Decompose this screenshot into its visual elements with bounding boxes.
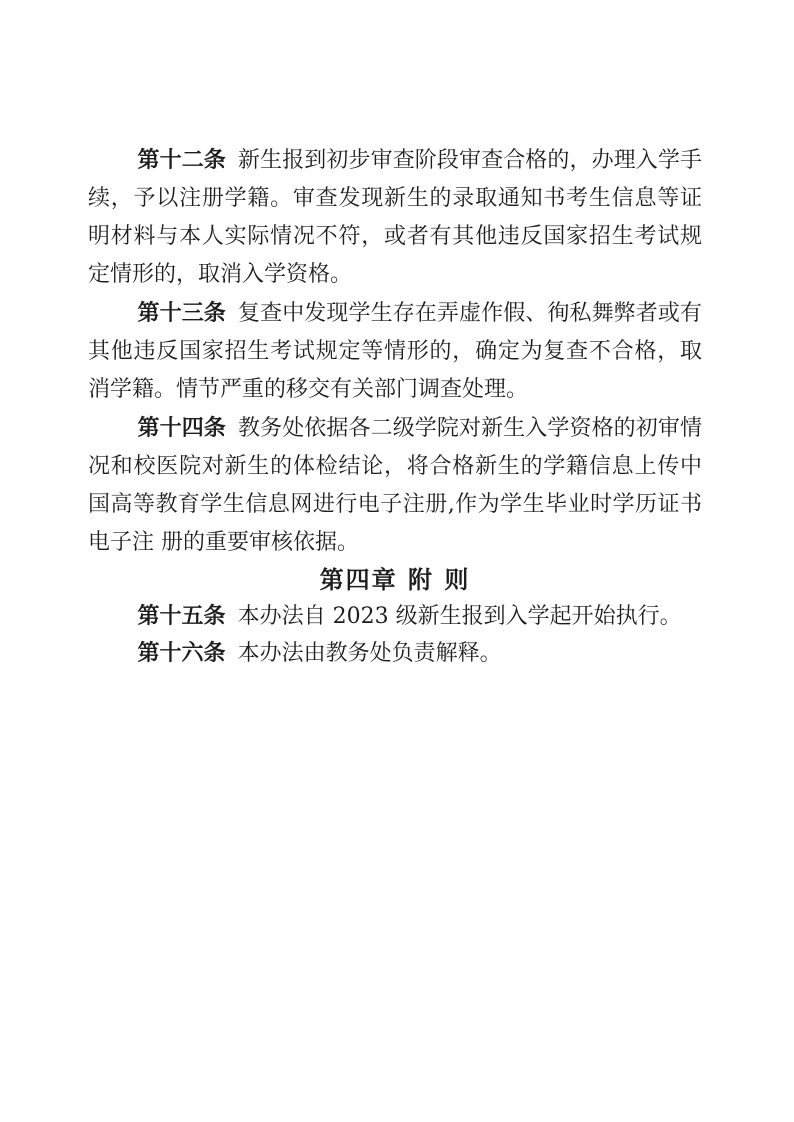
article-number-13: 第十三条 (138, 300, 226, 326)
article-paragraph-13: 第十三条复查中发现学生存在弄虚作假、徇私舞弊者或有其他违反国家招生考试规定等情形… (88, 294, 702, 409)
article-paragraph-15: 第十五条本办法自 2023 级新生报到入学起开始执行。 (88, 598, 702, 635)
article-text-15: 本办法自 2023 级新生报到入学起开始执行。 (238, 604, 682, 629)
document-content: 第十二条新生报到初步审查阶段审查合格的，办理入学手续，予以注册学籍。审查发现新生… (88, 141, 702, 672)
document-page: 第十二条新生报到初步审查阶段审查合格的，办理入学手续，予以注册学籍。审查发现新生… (0, 0, 794, 1122)
article-number-12: 第十二条 (138, 147, 226, 173)
article-text-16: 本办法由教务处负责解释。 (238, 641, 502, 666)
chapter-heading: 第四章 附 则 (88, 562, 702, 598)
article-number-16: 第十六条 (138, 640, 226, 666)
article-number-14: 第十四条 (138, 415, 226, 441)
article-paragraph-12: 第十二条新生报到初步审查阶段审查合格的，办理入学手续，予以注册学籍。审查发现新生… (88, 141, 702, 294)
article-paragraph-14: 第十四条教务处依据各二级学院对新生入学资格的初审情况和校医院对新生的体检结论，将… (88, 409, 702, 562)
article-number-15: 第十五条 (138, 603, 226, 629)
article-paragraph-16: 第十六条本办法由教务处负责解释。 (88, 635, 702, 672)
